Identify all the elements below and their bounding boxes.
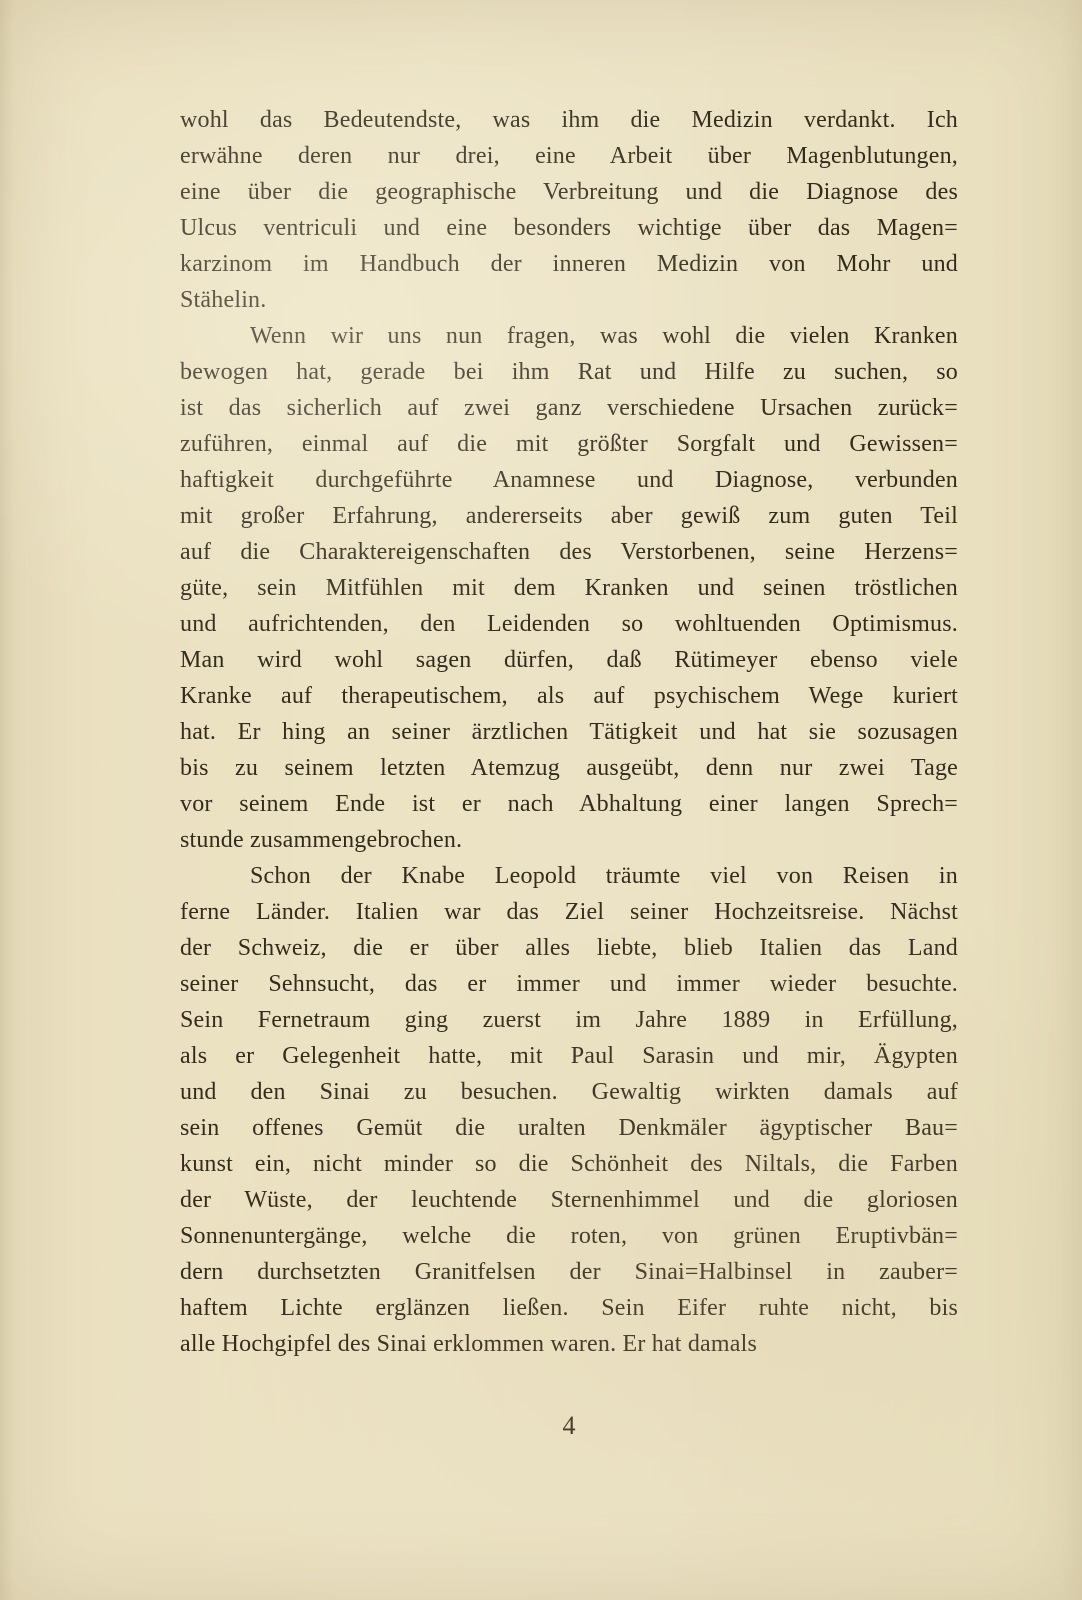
text-line: eine über die geographische Verbreitung … — [180, 174, 958, 210]
text-line: der Wüste, der leuchtende Sternenhimmel … — [180, 1182, 958, 1218]
page-number: 4 — [180, 1408, 958, 1444]
text-line: der Schweiz, die er über alles liebte, b… — [180, 930, 958, 966]
text-line: bis zu seinem letzten Atemzug ausgeübt, … — [180, 750, 958, 786]
text-line: zuführen, einmal auf die mit größter Sor… — [180, 426, 958, 462]
text-line: erwähne deren nur drei, eine Arbeit über… — [180, 138, 958, 174]
text-line: Ulcus ventriculi und eine besonders wich… — [180, 210, 958, 246]
text-line: güte, sein Mitfühlen mit dem Kranken und… — [180, 570, 958, 606]
text-line: karzinom im Handbuch der inneren Medizin… — [180, 246, 958, 282]
text-line: vor seinem Ende ist er nach Abhaltung ei… — [180, 786, 958, 822]
text-line: kunst ein, nicht minder so die Schönheit… — [180, 1146, 958, 1182]
text-line: Kranke auf therapeutischem, als auf psyc… — [180, 678, 958, 714]
text-line: alle Hochgipfel des Sinai erklommen ware… — [180, 1326, 958, 1362]
text-line: Man wird wohl sagen dürfen, daß Rütimeye… — [180, 642, 958, 678]
text-line: Stähelin. — [180, 282, 958, 318]
text-line: sein offenes Gemüt die uralten Denkmäler… — [180, 1110, 958, 1146]
text-line: wohl das Bedeutendste, was ihm die Mediz… — [180, 102, 958, 138]
text-line: haftigkeit durchgeführte Anamnese und Di… — [180, 462, 958, 498]
text-line: Sonnenuntergänge, welche die roten, von … — [180, 1218, 958, 1254]
text-line: hat. Er hing an seiner ärztlichen Tätigk… — [180, 714, 958, 750]
page-text-block: wohl das Bedeutendste, was ihm die Mediz… — [180, 102, 958, 1362]
text-line: und aufrichtenden, den Leidenden so wohl… — [180, 606, 958, 642]
text-line: seiner Sehnsucht, das er immer und immer… — [180, 966, 958, 1002]
text-line: dern durchsetzten Granitfelsen der Sinai… — [180, 1254, 958, 1290]
text-line: stunde zusammengebrochen. — [180, 822, 958, 858]
text-line: auf die Charaktereigenschaften des Verst… — [180, 534, 958, 570]
text-line: ist das sicherlich auf zwei ganz verschi… — [180, 390, 958, 426]
text-line: Sein Fernetraum ging zuerst im Jahre 188… — [180, 1002, 958, 1038]
text-line: mit großer Erfahrung, andererseits aber … — [180, 498, 958, 534]
text-line: bewogen hat, gerade bei ihm Rat und Hilf… — [180, 354, 958, 390]
text-line: und den Sinai zu besuchen. Gewaltig wirk… — [180, 1074, 958, 1110]
text-line: Schon der Knabe Leopold träumte viel von… — [180, 858, 958, 894]
text-line: als er Gelegenheit hatte, mit Paul Saras… — [180, 1038, 958, 1074]
text-line: haftem Lichte erglänzen ließen. Sein Eif… — [180, 1290, 958, 1326]
text-line: ferne Länder. Italien war das Ziel seine… — [180, 894, 958, 930]
book-page: wohl das Bedeutendste, was ihm die Mediz… — [0, 0, 1082, 1600]
text-line: Wenn wir uns nun fragen, was wohl die vi… — [180, 318, 958, 354]
